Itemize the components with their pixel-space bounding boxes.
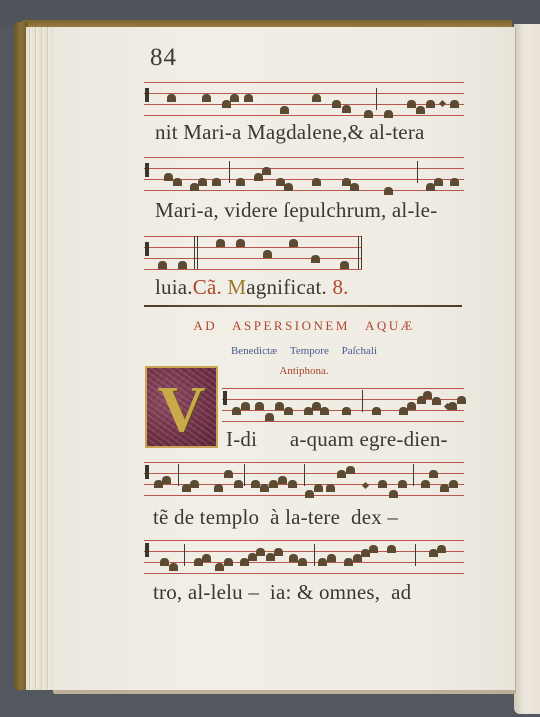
music-staff-4 <box>222 388 464 424</box>
lyric-line-1: nit Mari-a Magdalene,& al-tera <box>155 120 425 145</box>
antiphon-lyric-3: tro, al-lelu – ia: & omnes, ad <box>153 580 411 605</box>
section-divider-rule <box>144 305 462 307</box>
page-bottom-edge <box>53 690 515 693</box>
mode-number: 8. <box>332 275 348 299</box>
music-staff-5 <box>144 462 464 498</box>
c-clef-icon <box>145 163 149 177</box>
c-clef-icon <box>145 543 149 557</box>
section-title: AD ASPERSIONEM AQUÆ <box>144 318 464 334</box>
lyric-line-3: luia.Cã. Magnificat. 8. <box>155 275 349 300</box>
illuminated-initial: V <box>145 366 218 448</box>
page-stack-edges <box>26 27 54 690</box>
c-clef-icon <box>145 465 149 479</box>
c-clef-icon <box>145 88 149 102</box>
lyric-text: luia. <box>155 275 193 299</box>
music-staff-2 <box>144 157 464 193</box>
antiphon-lyric-1: I-di a-quam egre-dien- <box>226 427 448 452</box>
initial-letter: V <box>147 372 216 448</box>
facing-page-edge <box>514 24 540 714</box>
section-subtitle: Benedictæ Tempore Paſchali <box>144 345 464 357</box>
gilded-initial: M <box>227 275 246 299</box>
lyric-text: agnificat. <box>246 275 327 299</box>
c-clef-icon <box>223 391 227 405</box>
c-clef-icon <box>145 242 149 256</box>
canticle-abbreviation: Cã. <box>193 275 222 299</box>
music-staff-6 <box>144 540 464 576</box>
page-number: 84 <box>150 44 177 72</box>
antiphon-lyric-2: tẽ de templo à la-tere dex – <box>153 505 398 530</box>
music-staff-3 <box>144 236 362 272</box>
music-staff-1 <box>144 82 464 118</box>
lyric-line-2: Mari-a, videre ſepulchrum, al-le- <box>155 198 437 223</box>
